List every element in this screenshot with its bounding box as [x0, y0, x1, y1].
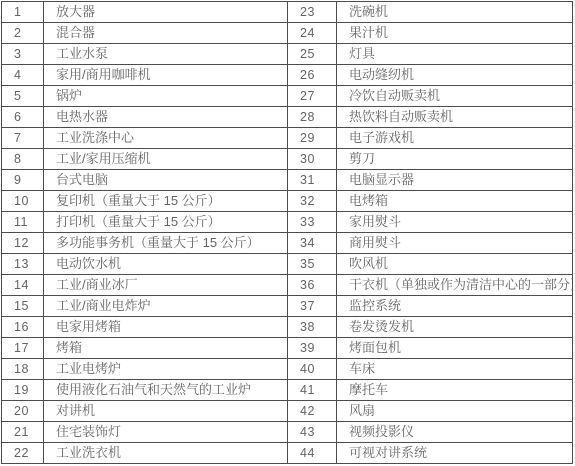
table-row: 6电热水器28热饮料自动贩卖机	[2, 107, 573, 128]
item-name-left: 使用液化石油气和天然气的工业炉	[44, 380, 288, 401]
item-name-left: 电家用烤箱	[44, 317, 288, 338]
table-row: 9台式电脑31电脑显示器	[2, 170, 573, 191]
item-number-left: 2	[2, 23, 44, 44]
table-row: 2混合器24果汁机	[2, 23, 573, 44]
item-number-right: 32	[288, 191, 337, 212]
item-number-right: 37	[288, 296, 337, 317]
item-name-right: 果汁机	[337, 23, 573, 44]
item-number-left: 7	[2, 128, 44, 149]
item-number-left: 6	[2, 107, 44, 128]
item-number-right: 31	[288, 170, 337, 191]
item-number-left: 5	[2, 86, 44, 107]
item-number-right: 41	[288, 380, 337, 401]
item-name-left: 台式电脑	[44, 170, 288, 191]
item-number-left: 10	[2, 191, 44, 212]
item-name-left: 混合器	[44, 23, 288, 44]
item-number-right: 40	[288, 359, 337, 380]
item-name-right: 摩托车	[337, 380, 573, 401]
item-name-left: 工业洗涤中心	[44, 128, 288, 149]
item-number-left: 14	[2, 275, 44, 296]
item-name-right: 电子游戏机	[337, 128, 573, 149]
table-row: 5锅炉27冷饮自动贩卖机	[2, 86, 573, 107]
item-number-left: 18	[2, 359, 44, 380]
item-name-right: 电烤箱	[337, 191, 573, 212]
item-number-right: 44	[288, 443, 337, 464]
item-number-right: 25	[288, 44, 337, 65]
table-row: 4家用/商用咖啡机26电动缝纫机	[2, 65, 573, 86]
item-number-left: 13	[2, 254, 44, 275]
item-name-right: 车床	[337, 359, 573, 380]
item-number-left: 8	[2, 149, 44, 170]
item-name-right: 干衣机（单独或作为清洁中心的一部分）	[337, 275, 573, 296]
item-name-left: 工业/家用压缩机	[44, 149, 288, 170]
item-name-left: 对讲机	[44, 401, 288, 422]
item-number-right: 42	[288, 401, 337, 422]
item-number-left: 22	[2, 443, 44, 464]
item-name-right: 洗碗机	[337, 2, 573, 23]
item-number-right: 27	[288, 86, 337, 107]
item-name-right: 商用熨斗	[337, 233, 573, 254]
item-name-right: 冷饮自动贩卖机	[337, 86, 573, 107]
item-number-right: 39	[288, 338, 337, 359]
item-number-right: 33	[288, 212, 337, 233]
item-name-right: 可视对讲系统	[337, 443, 573, 464]
item-number-left: 12	[2, 233, 44, 254]
item-name-left: 电热水器	[44, 107, 288, 128]
item-name-right: 灯具	[337, 44, 573, 65]
item-number-right: 38	[288, 317, 337, 338]
table-row: 1放大器23洗碗机	[2, 2, 573, 23]
item-number-left: 16	[2, 317, 44, 338]
item-name-left: 复印机（重量大于 15 公斤）	[44, 191, 288, 212]
item-name-left: 工业电烤炉	[44, 359, 288, 380]
item-name-left: 工业水泵	[44, 44, 288, 65]
table-row: 10复印机（重量大于 15 公斤）32电烤箱	[2, 191, 573, 212]
item-number-right: 43	[288, 422, 337, 443]
item-number-left: 21	[2, 422, 44, 443]
item-number-right: 29	[288, 128, 337, 149]
table-row: 12多功能事务机（重量大于 15 公斤）34商用熨斗	[2, 233, 573, 254]
item-name-right: 热饮料自动贩卖机	[337, 107, 573, 128]
item-name-left: 多功能事务机（重量大于 15 公斤）	[44, 233, 288, 254]
item-name-right: 电动缝纫机	[337, 65, 573, 86]
item-name-right: 家用熨斗	[337, 212, 573, 233]
table-row: 22工业洗衣机44可视对讲系统	[2, 443, 573, 464]
item-number-left: 19	[2, 380, 44, 401]
item-name-right: 监控系统	[337, 296, 573, 317]
item-number-left: 9	[2, 170, 44, 191]
item-name-left: 烤箱	[44, 338, 288, 359]
item-name-right: 卷发烫发机	[337, 317, 573, 338]
table-row: 3工业水泵25灯具	[2, 44, 573, 65]
table-row: 13电动饮水机35吹风机	[2, 254, 573, 275]
item-name-left: 锅炉	[44, 86, 288, 107]
table-row: 19使用液化石油气和天然气的工业炉41摩托车	[2, 380, 573, 401]
item-number-right: 35	[288, 254, 337, 275]
item-number-right: 26	[288, 65, 337, 86]
item-number-left: 15	[2, 296, 44, 317]
table-row: 18工业电烤炉40车床	[2, 359, 573, 380]
table-row: 8工业/家用压缩机30剪刀	[2, 149, 573, 170]
item-name-left: 放大器	[44, 2, 288, 23]
item-name-right: 电脑显示器	[337, 170, 573, 191]
item-number-right: 23	[288, 2, 337, 23]
appliance-category-table: 1放大器23洗碗机2混合器24果汁机3工业水泵25灯具4家用/商用咖啡机26电动…	[1, 1, 573, 464]
table-row: 15工业/商业电炸炉37监控系统	[2, 296, 573, 317]
item-name-left: 工业/商业电炸炉	[44, 296, 288, 317]
table-row: 20对讲机42风扇	[2, 401, 573, 422]
table-row: 7工业洗涤中心29电子游戏机	[2, 128, 573, 149]
item-name-left: 家用/商用咖啡机	[44, 65, 288, 86]
item-name-left: 工业/商业冰厂	[44, 275, 288, 296]
item-name-left: 打印机（重量大于 15 公斤）	[44, 212, 288, 233]
item-name-right: 剪刀	[337, 149, 573, 170]
item-number-left: 1	[2, 2, 44, 23]
item-number-right: 30	[288, 149, 337, 170]
item-name-right: 视频投影仪	[337, 422, 573, 443]
table-row: 16电家用烤箱38卷发烫发机	[2, 317, 573, 338]
table-row: 11打印机（重量大于 15 公斤）33家用熨斗	[2, 212, 573, 233]
item-number-right: 34	[288, 233, 337, 254]
item-name-left: 住宅装饰灯	[44, 422, 288, 443]
item-number-left: 17	[2, 338, 44, 359]
item-name-right: 风扇	[337, 401, 573, 422]
item-name-left: 电动饮水机	[44, 254, 288, 275]
item-number-right: 24	[288, 23, 337, 44]
item-name-left: 工业洗衣机	[44, 443, 288, 464]
item-number-left: 3	[2, 44, 44, 65]
item-number-left: 4	[2, 65, 44, 86]
item-name-right: 吹风机	[337, 254, 573, 275]
appliance-table-body: 1放大器23洗碗机2混合器24果汁机3工业水泵25灯具4家用/商用咖啡机26电动…	[2, 2, 573, 464]
item-name-right: 烤面包机	[337, 338, 573, 359]
table-row: 21住宅装饰灯43视频投影仪	[2, 422, 573, 443]
table-row: 14工业/商业冰厂36干衣机（单独或作为清洁中心的一部分）	[2, 275, 573, 296]
table-row: 17烤箱39烤面包机	[2, 338, 573, 359]
item-number-left: 20	[2, 401, 44, 422]
item-number-left: 11	[2, 212, 44, 233]
item-number-right: 36	[288, 275, 337, 296]
item-number-right: 28	[288, 107, 337, 128]
